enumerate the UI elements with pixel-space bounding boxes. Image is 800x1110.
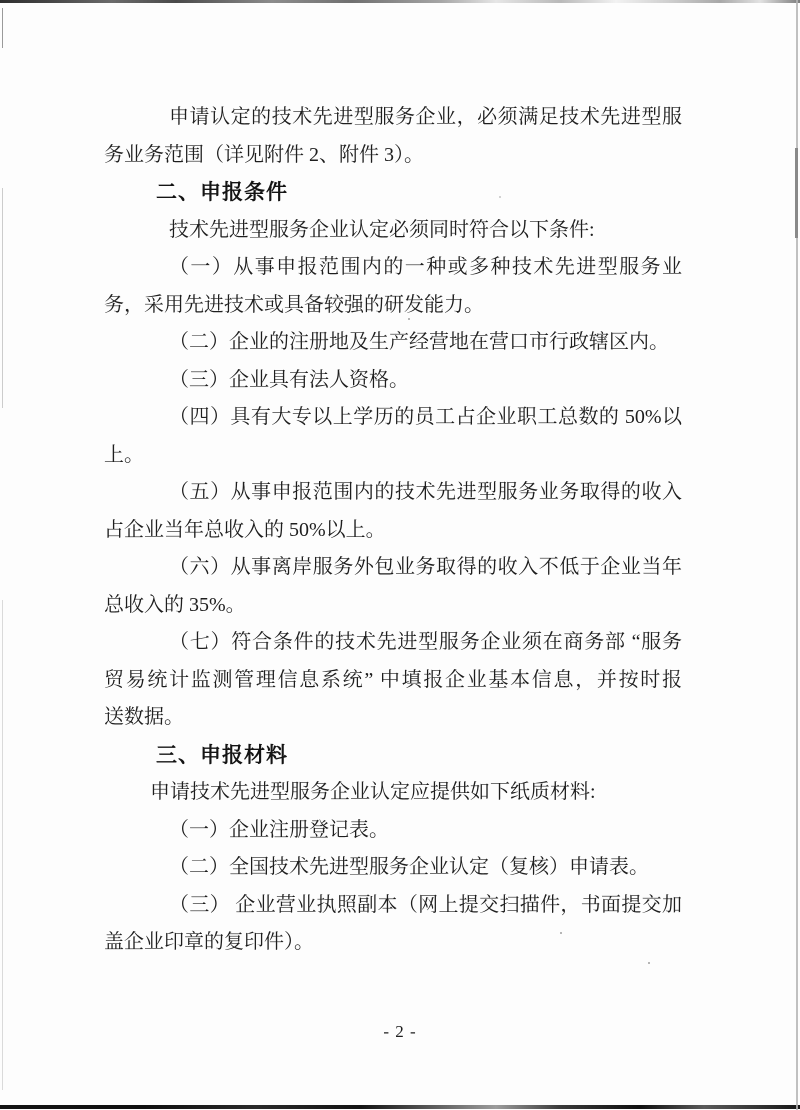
scan-artifact-left-edge-line-lower [2,600,3,1090]
scan-speck [648,962,650,964]
scan-artifact-bottom-edge [0,1105,800,1109]
condition-3: （三）企业具有法人资格。 [104,362,682,400]
condition-7-line-3: 送数据。 [104,699,682,737]
conditions-intro: 技术先进型服务企业认定必须同时符合以下条件: [104,212,682,250]
materials-intro: 申请技术先进型服务企业认定应提供如下纸质材料: [104,774,682,812]
scope-paragraph-line-1: 申请认定的技术先进型服务企业，必须满足技术先进型服 [104,99,682,137]
condition-6-line-1: （六）从事离岸服务外包业务取得的收入不低于企业当年 [104,549,682,587]
condition-4-line-2: 上。 [104,437,682,475]
document-body: 申请认定的技术先进型服务企业，必须满足技术先进型服务业务范围（详见附件 2、附件… [104,99,682,962]
condition-5-line-1: （五）从事申报范围内的技术先进型服务业务取得的收入 [104,474,682,512]
condition-4-line-1: （四）具有大专以上学历的员工占企业职工总数的 50%以 [104,399,682,437]
material-3-line-2: 盖企业印章的复印件）。 [104,924,682,962]
material-1: （一）企业注册登记表。 [104,812,682,850]
section-heading-materials: 三、申报材料 [104,737,682,775]
material-3-line-1: （三） 企业营业执照副本（网上提交扫描件，书面提交加 [104,887,682,925]
scanned-document-page: 申请认定的技术先进型服务企业，必须满足技术先进型服务业务范围（详见附件 2、附件… [0,0,800,1110]
condition-6-line-2: 总收入的 35%。 [104,587,682,625]
scope-paragraph-line-2: 务业务范围（详见附件 2、附件 3）。 [104,137,682,175]
condition-7-line-1: （七）符合条件的技术先进型服务企业须在商务部 “服务 [104,624,682,662]
condition-1-line-2: 务，采用先进技术或具备较强的研发能力。 [104,287,682,325]
scan-artifact-left-edge-mark [2,8,3,48]
scan-artifact-top-edge [0,0,800,3]
section-heading-conditions: 二、申报条件 [104,174,682,212]
material-2: （二）全国技术先进型服务企业认定（复核）申请表。 [104,849,682,887]
condition-2: （二）企业的注册地及生产经营地在营口市行政辖区内。 [104,324,682,362]
page-number: - 2 - [0,1022,800,1042]
condition-5-line-2: 占企业当年总收入的 50%以上。 [104,512,682,550]
condition-7-line-2: 贸易统计监测管理信息系统” 中填报企业基本信息，并按时报 [104,662,682,700]
scan-artifact-left-edge-line [2,188,3,408]
scan-artifact-right-edge-mark [795,148,798,238]
condition-1-line-1: （一）从事申报范围内的一种或多种技术先进型服务业 [104,249,682,287]
